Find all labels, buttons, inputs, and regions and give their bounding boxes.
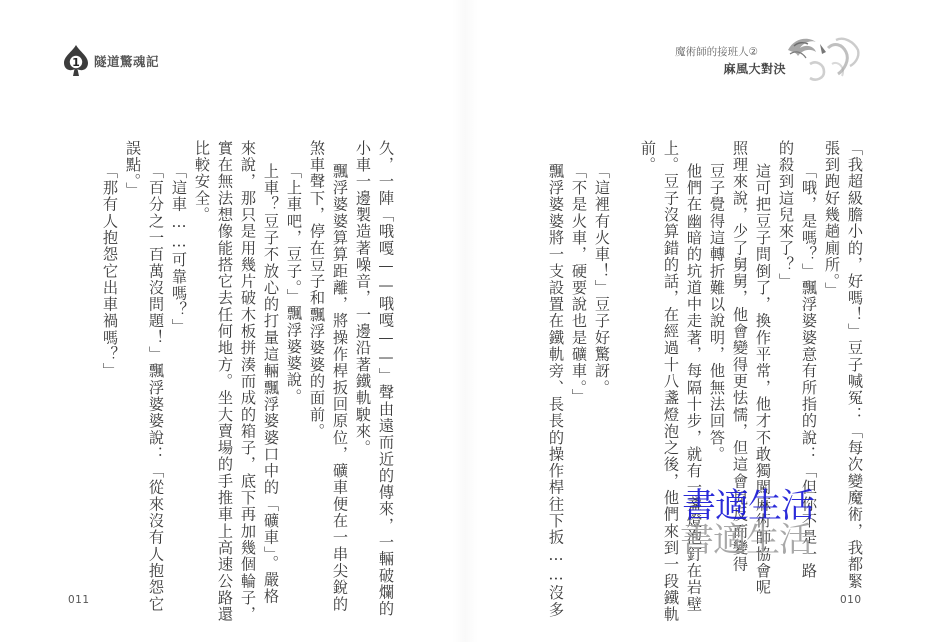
text-column: 「這車……可靠嗎？」 — [168, 163, 189, 335]
text-column: 比較安全。 — [191, 140, 212, 223]
text-column: 「百分之一百萬沒問題！」飄浮婆婆說：「從來沒有人抱怨它 — [145, 163, 166, 613]
text-column: 「這裡有火車！」豆子好驚訝。 — [591, 163, 612, 396]
text-column: 「我超級膽小的，好嗎！」豆子喊冤：「每次變魔術，我都緊 — [844, 140, 865, 590]
book-spread: 1 隧道驚魂記 久，一陣「哦嘎——哦嘎——」聲由遠而近的傳來，一輛破爛的 小車一… — [0, 0, 930, 642]
text-column: 「上車吧，豆子。」飄浮婆婆說。 — [283, 163, 304, 405]
page-left: 1 隧道驚魂記 久，一陣「哦嘎——哦嘎——」聲由遠而近的傳來，一輛破爛的 小車一… — [0, 0, 465, 642]
page-number-left: 011 — [68, 594, 90, 606]
text-column: 「不是火車，硬要說也是礦車。」 — [568, 163, 589, 405]
text-column: 上車？豆子不放心的打量這輛飄浮婆婆口中的「礦車」。嚴格 — [260, 163, 281, 605]
text-column: 的殺到這兒來了？」 — [775, 140, 796, 290]
running-header-left: 1 隧道驚魂記 — [62, 44, 159, 78]
text-column: 誤點。」 — [122, 140, 143, 199]
running-header-right: 魔術師的接班人② 麻風大對決 — [680, 30, 870, 90]
spade-volume-icon: 1 — [62, 44, 90, 78]
page-number-right: 010 — [840, 594, 862, 606]
text-column: 前。 — [637, 140, 658, 173]
text-column: 上。豆子沒算錯的話，在經過十八盞燈泡之後，他們來到一段鐵軌 — [660, 140, 681, 623]
text-column: 煞車聲下，停在豆子和飄浮婆婆的面前。 — [306, 140, 327, 440]
watermark-secondary: 書適生活 — [680, 512, 812, 561]
text-column: 久，一陣「哦嘎——哦嘎——」聲由遠而近的傳來，一輛破爛的 — [375, 140, 396, 617]
text-column: 「那有人抱怨它出車禍嗎？」 — [99, 163, 120, 379]
series-title: 隧道驚魂記 — [94, 52, 159, 70]
svg-text:1: 1 — [72, 56, 80, 69]
text-column: 張到跑好幾趟廁所。」 — [821, 140, 842, 299]
chapter-title: 麻風大對決 — [723, 60, 786, 77]
book-title: 魔術師的接班人② — [675, 44, 758, 59]
dragon-smoke-illustration-icon — [780, 30, 870, 86]
text-column: 豆子覺得這轉折難以說明，他無法回答。 — [706, 163, 727, 463]
text-column: 小車一邊製造著噪音，一邊沿著鐵軌駛來。 — [352, 140, 373, 456]
text-column: 飄浮婆婆算算距離，將操作桿扳回原位，礦車便在一串尖銳的 — [329, 163, 350, 613]
text-column: 實在無法想像能搭它去任何地方。坐大賣場的手推車上高速公路還 — [214, 140, 235, 623]
text-column: 飄浮婆婆將一支設置在鐵軌旁、長長的操作桿往下扳……沒多 — [545, 163, 566, 618]
text-column: 來說，那只是用幾片破木板拼湊而成的箱子，底下再加幾個輪子， — [237, 140, 258, 623]
